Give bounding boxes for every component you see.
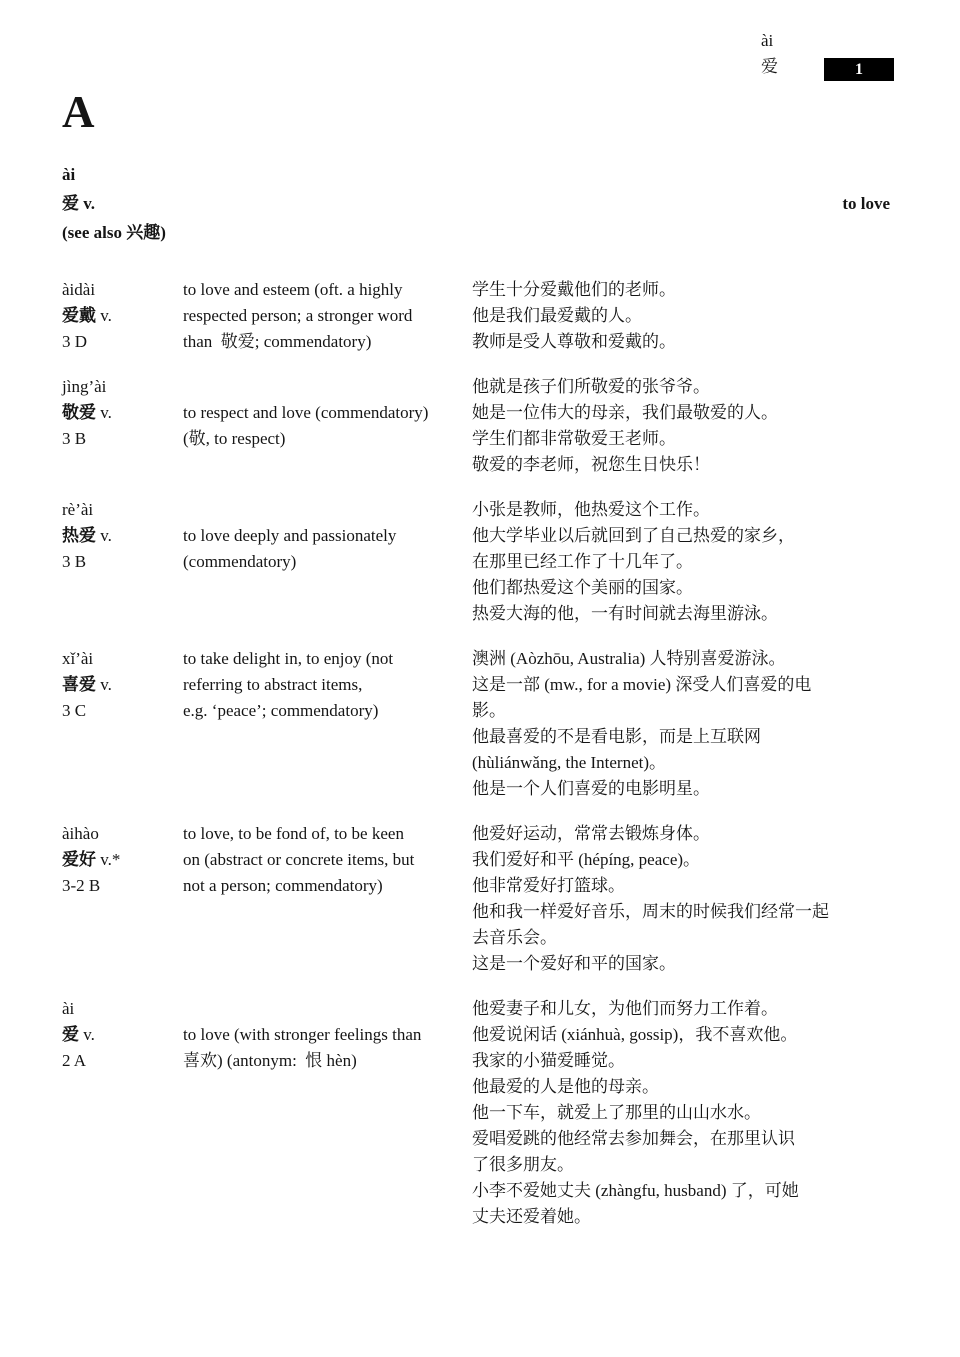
entry-hanzi-line: 喜爱 v. (62, 672, 183, 698)
entry-pos: v.* (96, 850, 120, 869)
example-line: 他一下车，就爱上了那里的山山水水。 (472, 1100, 905, 1126)
entry-hanzi-line: 热爱 v. (62, 523, 183, 549)
definition-line: respected person; a stronger word (183, 303, 472, 329)
entries-list: àidài爱戴 v.3 Dto love and esteem (oft. a … (62, 277, 905, 1249)
example-line: 小李不爱她丈夫 (zhàngfu, husband) 了，可她 (472, 1178, 905, 1204)
example-line: 他最爱的人是他的母亲。 (472, 1074, 905, 1100)
entry-examples-column: 澳洲 (Aòzhōu, Australia) 人特别喜爱游泳。这是一部 (mw.… (472, 646, 905, 802)
example-line: 在那里已经工作了十几年了。 (472, 549, 905, 575)
entry-definition-column: to respect and love (commendatory)(敬, to… (183, 374, 472, 478)
example-line: 他和我一样爱好音乐，周末的时候我们经常一起 (472, 899, 905, 925)
dictionary-page: ài 爱 1 A ài 爱 v. to love (see also 兴趣) à… (0, 0, 960, 1357)
entry-definition-column: to take delight in, to enjoy (notreferri… (183, 646, 472, 802)
example-line: 他就是孩子们所敬爱的张爷爷。 (472, 374, 905, 400)
entry-pinyin: àidài (62, 277, 183, 303)
entry-pos: v. (96, 526, 112, 545)
example-line: 这是一个爱好和平的国家。 (472, 951, 905, 977)
entry-examples-column: 小张是教师，他热爱这个工作。他大学毕业以后就回到了自己热爱的家乡，在那里已经工作… (472, 497, 905, 627)
definition-line: referring to abstract items, (183, 672, 472, 698)
entry-level: 3 B (62, 549, 183, 575)
entry-hanzi: 敬爱 (62, 403, 96, 422)
entry-pinyin: jìng’ài (62, 374, 183, 400)
entry-definition-column: to love and esteem (oft. a highlyrespect… (183, 277, 472, 355)
entry-head-column: àidài爱戴 v.3 D (62, 277, 183, 355)
example-line: 他大学毕业以后就回到了自己热爱的家乡， (472, 523, 905, 549)
running-header: ài 爱 (761, 28, 778, 80)
example-line: 澳洲 (Aòzhōu, Australia) 人特别喜爱游泳。 (472, 646, 905, 672)
page-number-badge: 1 (824, 58, 894, 81)
example-line: 去音乐会。 (472, 925, 905, 951)
entry-hanzi-line: 爱戴 v. (62, 303, 183, 329)
entry-level: 3 D (62, 329, 183, 355)
entry-pinyin: rè’ài (62, 497, 183, 523)
entry-level: 3-2 B (62, 873, 183, 899)
entry-pinyin: àihào (62, 821, 183, 847)
entry-examples-column: 他就是孩子们所敬爱的张爷爷。她是一位伟大的母亲，我们最敬爱的人。学生们都非常敬爱… (472, 374, 905, 478)
example-line: 他爱好运动，常常去锻炼身体。 (472, 821, 905, 847)
entry-level: 2 A (62, 1048, 183, 1074)
definition-line: (commendatory) (183, 549, 472, 575)
example-line: 爱唱爱跳的他经常去参加舞会，在那里认识 (472, 1126, 905, 1152)
example-line: 他非常爱好打篮球。 (472, 873, 905, 899)
entry-pos: v. (96, 403, 112, 422)
entry-pinyin: ài (62, 996, 183, 1022)
entry-head-column: ài爱 v.2 A (62, 996, 183, 1230)
definition-line: not a person; commendatory) (183, 873, 472, 899)
running-header-pinyin: ài (761, 28, 778, 54)
example-line: 他最喜爱的不是看电影，而是上互联网 (472, 724, 905, 750)
example-line: 影。 (472, 698, 905, 724)
entry-pos: v. (79, 1025, 95, 1044)
example-line: 他爱妻子和儿女，为他们而努力工作着。 (472, 996, 905, 1022)
entry-head-column: rè’ài热爱 v.3 B (62, 497, 183, 627)
definition-line: to take delight in, to enjoy (not (183, 646, 472, 672)
example-line: 我家的小猫爱睡觉。 (472, 1048, 905, 1074)
definition-line: to love deeply and passionately (183, 523, 472, 549)
example-line: 敬爱的李老师，祝您生日快乐！ (472, 452, 905, 478)
headword-row: 爱 v. to love (62, 189, 890, 218)
entry-hanzi-line: 敬爱 v. (62, 400, 183, 426)
definition-line (183, 996, 472, 1022)
headword-block: ài 爱 v. to love (see also 兴趣) (62, 160, 890, 247)
example-line: 学生们都非常敬爱王老师。 (472, 426, 905, 452)
example-line: 这是一部 (mw., for a movie) 深受人们喜爱的电 (472, 672, 905, 698)
headword-hanzi: 爱 (62, 189, 79, 218)
entry-examples-column: 学生十分爱戴他们的老师。他是我们最爱戴的人。教师是受人尊敬和爱戴的。 (472, 277, 905, 355)
headword-gloss: to love (842, 189, 890, 218)
entry-head-column: xǐ’ài喜爱 v.3 C (62, 646, 183, 802)
example-line: 他是一个人们喜爱的电影明星。 (472, 776, 905, 802)
dictionary-entry: ài爱 v.2 Ato love (with stronger feelings… (62, 996, 905, 1230)
entry-examples-column: 他爱妻子和儿女，为他们而努力工作着。他爱说闲话 (xiánhuà, gossip… (472, 996, 905, 1230)
entry-pos: v. (96, 675, 112, 694)
entry-level: 3 B (62, 426, 183, 452)
dictionary-entry: jìng’ài敬爱 v.3 Bto respect and love (comm… (62, 374, 905, 478)
example-line: 我们爱好和平 (hépíng, peace)。 (472, 847, 905, 873)
entry-hanzi-line: 爱好 v.* (62, 847, 183, 873)
dictionary-entry: àidài爱戴 v.3 Dto love and esteem (oft. a … (62, 277, 905, 355)
entry-definition-column: to love deeply and passionately(commenda… (183, 497, 472, 627)
definition-line: (敬, to respect) (183, 426, 472, 452)
example-line: 了很多朋友。 (472, 1152, 905, 1178)
definition-line (183, 374, 472, 400)
entry-hanzi: 爱 (62, 1025, 79, 1044)
definition-line: to respect and love (commendatory) (183, 400, 472, 426)
example-line: 他是我们最爱戴的人。 (472, 303, 905, 329)
definition-line: to love, to be fond of, to be keen (183, 821, 472, 847)
dictionary-entry: xǐ’ài喜爱 v.3 Cto take delight in, to enjo… (62, 646, 905, 802)
example-line: 丈夫还爱着她。 (472, 1204, 905, 1230)
entry-pos: v. (96, 306, 112, 325)
entry-hanzi: 爱好 (62, 850, 96, 869)
entry-head-column: jìng’ài敬爱 v.3 B (62, 374, 183, 478)
entry-hanzi: 爱戴 (62, 306, 96, 325)
headword-pos: v. (83, 189, 95, 218)
example-line: 教师是受人尊敬和爱戴的。 (472, 329, 905, 355)
entry-examples-column: 他爱好运动，常常去锻炼身体。我们爱好和平 (hépíng, peace)。他非常… (472, 821, 905, 977)
entry-pinyin: xǐ’ài (62, 646, 183, 672)
example-line: 他爱说闲话 (xiánhuà, gossip)，我不喜欢他。 (472, 1022, 905, 1048)
definition-line (183, 497, 472, 523)
definition-line: than 敬爱; commendatory) (183, 329, 472, 355)
definition-line: e.g. ‘peace’; commendatory) (183, 698, 472, 724)
example-line: 热爱大海的他，一有时间就去海里游泳。 (472, 601, 905, 627)
entry-head-column: àihào爱好 v.*3-2 B (62, 821, 183, 977)
definition-line: to love and esteem (oft. a highly (183, 277, 472, 303)
dictionary-entry: àihào爱好 v.*3-2 Bto love, to be fond of, … (62, 821, 905, 977)
example-line: 她是一位伟大的母亲，我们最敬爱的人。 (472, 400, 905, 426)
entry-definition-column: to love (with stronger feelings than喜欢) … (183, 996, 472, 1230)
example-line: (hùliánwǎng, the Internet)。 (472, 750, 905, 776)
definition-line: to love (with stronger feelings than (183, 1022, 472, 1048)
headword-see-also: (see also 兴趣) (62, 218, 890, 247)
example-line: 他们都热爱这个美丽的国家。 (472, 575, 905, 601)
example-line: 小张是教师，他热爱这个工作。 (472, 497, 905, 523)
entry-hanzi: 热爱 (62, 526, 96, 545)
entry-definition-column: to love, to be fond of, to be keenon (ab… (183, 821, 472, 977)
entry-hanzi-line: 爱 v. (62, 1022, 183, 1048)
section-letter: A (62, 90, 95, 135)
entry-level: 3 C (62, 698, 183, 724)
definition-line: on (abstract or concrete items, but (183, 847, 472, 873)
running-header-hanzi: 爱 (761, 54, 778, 80)
example-line: 学生十分爱戴他们的老师。 (472, 277, 905, 303)
entry-hanzi: 喜爱 (62, 675, 96, 694)
definition-line: 喜欢) (antonym: 恨 hèn) (183, 1048, 472, 1074)
headword-pinyin: ài (62, 160, 890, 189)
dictionary-entry: rè’ài热爱 v.3 Bto love deeply and passiona… (62, 497, 905, 627)
